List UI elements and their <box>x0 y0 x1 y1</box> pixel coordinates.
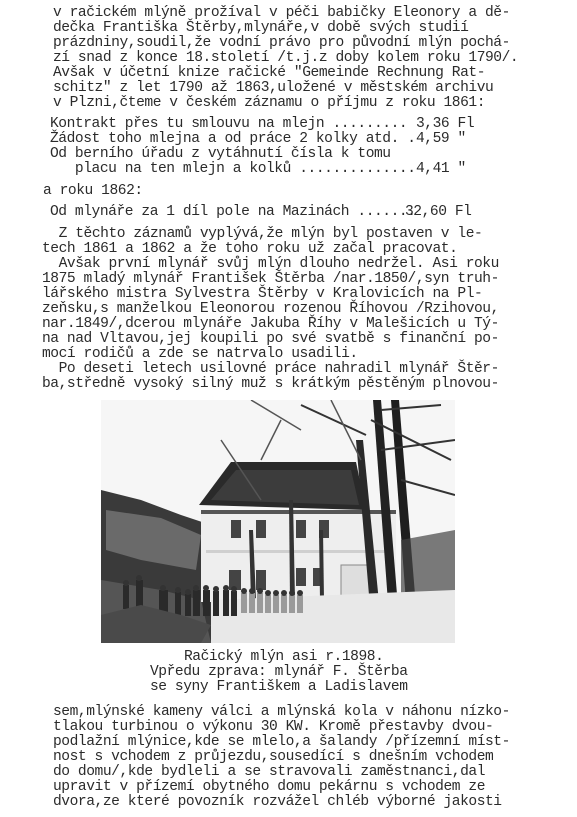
text-line: na nad Vltavou,jej koupili po své svatbě… <box>42 332 499 347</box>
text-line: 1875 mladý mlynář František Štěrba /nar.… <box>42 272 499 287</box>
record-text: Od mlynáře za 1 díl pole na Mazinách ...… <box>50 205 416 220</box>
caption-line: Vpředu zprava: mlynář F. Štěrba <box>150 665 408 680</box>
text-line: podlažní mlýnice,kde se mlelo,a šalandy … <box>53 735 510 750</box>
text-line: dečka Františka Štěrby,mlynáře,v době sv… <box>53 21 468 36</box>
text-line: tech 1861 a 1862 a že toho roku už začal… <box>42 242 457 257</box>
text-line: Z těchto záznamů vyplývá,že mlýn byl pos… <box>42 227 482 242</box>
text-line: prázdniny,soudil,že vodní právo pro půvo… <box>53 36 510 51</box>
text-line: ba,středně vysoký silný muž s krátkým pě… <box>42 377 499 392</box>
text-line: lářského mistra Sylvestra Štěrby v Kralo… <box>42 287 482 302</box>
text-line: nar.1849/,dcerou mlynáře Jakuba Říhy v M… <box>42 317 499 332</box>
text-line: nost s vchodem z průjezdu,sousedící s dn… <box>53 750 493 765</box>
record-text: Žádost toho mlejna a od práce 2 kolky at… <box>50 132 416 147</box>
record-text: placu na ten mlejn a kolků .............… <box>50 162 416 177</box>
record-text: Od berního úřadu z vytáhnutí čísla k tom… <box>50 147 391 162</box>
mill-photograph <box>101 400 455 643</box>
caption-line: se syny Františkem a Ladislavem <box>150 680 408 695</box>
record-amount: 3,36 Fl <box>416 117 474 132</box>
text-line: schitz" z let 1790 až 1863,uložené v měs… <box>53 81 493 96</box>
year-1862-label: a roku 1862: <box>43 184 143 199</box>
text-line: Avšak v účetní knize račické "Gemeinde R… <box>53 66 485 81</box>
record-text: Kontrakt přes tu smlouvu na mlejn ......… <box>50 117 407 132</box>
record-amount: 32,60 Fl <box>405 205 471 220</box>
text-line: mocí rodičů a zde se natrvalo usadili. <box>42 347 358 362</box>
caption-line: Račický mlýn asi r.1898. <box>184 650 383 665</box>
mill-photo-illustration <box>101 400 455 643</box>
text-line: do domu/,kde bydleli a se stravovali zam… <box>53 765 485 780</box>
text-line: dvora,ze které povozník rozvážel chléb v… <box>53 795 502 810</box>
text-line: Avšak první mlynář svůj mlýn dlouho nedr… <box>42 257 499 272</box>
text-line: Po deseti letech usilovné práce nahradil… <box>42 362 499 377</box>
text-line: v račickém mlýně prožíval v péči babičky… <box>53 6 510 21</box>
text-line: tlakou turbinou o výkonu 30 KW. Kromě př… <box>53 720 493 735</box>
typewritten-page: v račickém mlýně prožíval v péči babičky… <box>0 0 577 817</box>
text-line: v Plzni,čteme v českém záznamu o příjmu … <box>53 96 485 111</box>
text-line: sem,mlýnské kameny válci a mlýnská kola … <box>53 705 510 720</box>
record-amount: 4,59 " <box>416 132 466 147</box>
text-line: zeňsku,s manželkou Eleonorou rozenou Říh… <box>42 302 499 317</box>
record-amount: 4,41 " <box>416 162 466 177</box>
text-line: upravit v přízemí obytného domu pekárnu … <box>53 780 485 795</box>
text-line: zí snad z konce 18.století /t.j.z doby k… <box>53 51 518 66</box>
